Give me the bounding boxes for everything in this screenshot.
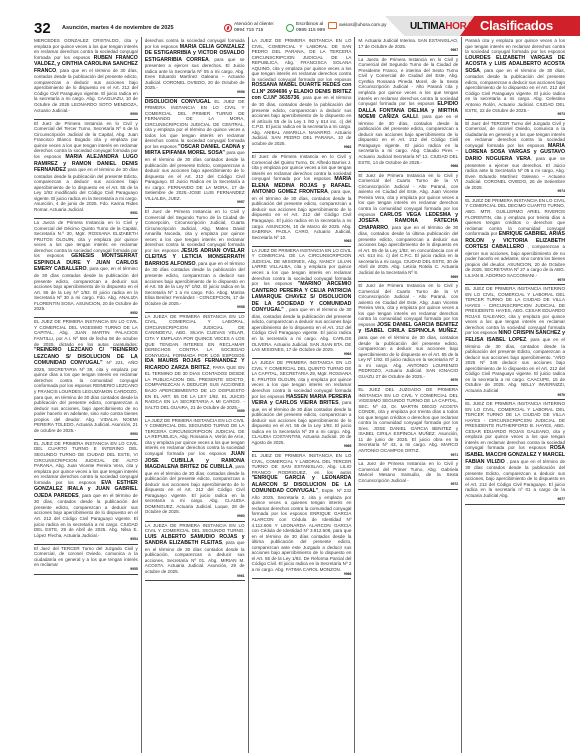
notice-reference: 9955 (34, 568, 138, 572)
ultimahora-logo: ULTIMAHORA (410, 21, 473, 32)
notice-reference: 9973 (465, 113, 565, 117)
phone-icon (224, 24, 232, 32)
notice-body: M. Actuaria Judicial Interina. SAN ESTAN… (358, 38, 458, 49)
notice-body: LA JUEZ DE PRIMERA INSTANCIA EN LO CIVIL… (252, 38, 352, 82)
classifieds-columns: MERCEDES GONZALEZ CRISTALDO, cita y empl… (34, 37, 568, 753)
notice-reference: 9951 (34, 212, 138, 216)
legal-notice: EL JUEZ DE PRIMERA INSTANCIA EN LO CIVIL… (34, 318, 138, 440)
legal-notice: LA JUEZA DE PRIMERA INSTANCIA EN LO CIVI… (145, 313, 245, 417)
notice-body-end: , para que en el término de 30 días, con… (465, 337, 565, 393)
notice-body-end: , para que, en el término de 30 días, co… (252, 189, 352, 239)
customer-service-label: Atención al cliente: (234, 22, 274, 27)
legal-notice: El Juez de Primera Instancia en lo Civil… (252, 153, 352, 247)
whatsapp-phone[interactable]: 0985 115 999 (296, 28, 325, 33)
notice-body-end: , PARA QUE EN EL TERMINO DE 30 DIAS CONT… (145, 365, 245, 410)
notice-reference: 9975 (465, 279, 565, 283)
notice-reference: 9974 (465, 190, 565, 194)
notice-body: EL JUEZ DEL JUZGADO DE PRIMERA INSTANCIA… (358, 387, 458, 453)
legal-notice: La Jueza de Primera Instancia en lo Civi… (34, 219, 138, 318)
notice-body: La Juez de Primera Instancia en lo Civil… (358, 461, 458, 483)
legal-notice: El Juez de Primera Instancia en lo Civil… (34, 120, 138, 219)
legal-notice: El Juez del TERCER Turno del Juzgado Civ… (34, 545, 138, 575)
notice-reference: 9962 (252, 146, 352, 150)
notice-reference: 9950 (34, 113, 138, 117)
notice-body-end: para que en el término de 30 días contad… (145, 150, 245, 200)
notice-reference: 9966 (252, 573, 352, 577)
notice-body: El Juez de Primera Instancia en lo Civil… (358, 173, 458, 217)
notice-body: EL JUEZ DE PRIMERA INSTANCIA EN LO CIVIL… (34, 441, 138, 485)
notice-body-end: , Expte. Nº 232 Año 2025, Secretaría 2, … (252, 488, 352, 572)
notice-reference: 9964 (252, 353, 352, 357)
column-1: MERCEDES GONZALEZ CRISTALDO, cita y empl… (34, 37, 141, 753)
notice-body-end: , para que en el término de 30 días, con… (252, 95, 352, 145)
notice-body-end: para que en el término de 30 días contad… (34, 167, 138, 212)
notice-reference: 9971 (358, 454, 458, 458)
legal-notice: LA JUEZA DE PRIMERA INSTANCIA EN LO CIVI… (145, 522, 245, 582)
notice-reference: 9960 (145, 515, 245, 519)
notice-reference: 9967 (358, 49, 458, 53)
legal-notice: Paraná cita y emplaza por quince veces a… (465, 37, 565, 120)
notice-body: LA JUEZA DE PRIMERA INSTANCIA EN LO CIVI… (145, 314, 245, 358)
notice-body: EL JUEZ DE PRIMERA INSTANCIA EN LO CIVIL… (145, 99, 245, 149)
customer-service-phone[interactable]: 0994 715 715 (234, 28, 263, 33)
notice-reference: 9968 (358, 165, 458, 169)
legal-notice: DISOLUCION CONYUGAL EL JUEZ DE PRIMERA I… (145, 98, 245, 208)
column-4: M. Actuaria Judicial Interina. SAN ESTAN… (354, 37, 461, 753)
section-title: Clasificados (480, 18, 553, 33)
page-header: 32 Asunción, martes 4 de noviembre de 20… (0, 0, 580, 36)
notice-body-end: , para que, en el término de 30 días con… (34, 266, 138, 311)
notice-reference: 9963 (252, 240, 352, 244)
legal-notice: La Juez de Primera Instancia en lo Civil… (358, 460, 458, 490)
notice-body-end: , para que en el término de 30 días, con… (145, 464, 245, 514)
column-3: LA JUEZ DE PRIMERA INSTANCIA EN LO CIVIL… (248, 37, 355, 753)
notice-reference: 9970 (358, 379, 458, 383)
notice-body-end: , para que, en el término de 30 días con… (252, 400, 352, 445)
legal-notice: EL JUEZ DE PRIMERA INSTANCIA EN LO CIVIL… (252, 452, 352, 579)
legal-notice: El Juez de Primera Instancia en lo Civil… (145, 208, 245, 313)
legal-notice: derechos contra la sociedad conyugal for… (145, 37, 245, 98)
email-contact[interactable]: avisos@uhora.com.py (328, 22, 387, 29)
notice-reference: 9977 (465, 498, 565, 502)
legal-notice: La Jueza de Primera Instancia en lo Civi… (358, 56, 458, 172)
notice-heading: DISOLUCION CONYUGAL (145, 99, 211, 105)
notice-body-end: , para que en el término de 30 días cont… (465, 459, 565, 498)
notice-body: EL JUEZ DE PRIMERA INSTANCIA INTERINO EN… (465, 401, 565, 450)
customer-service-contact[interactable]: Atención al cliente: 0994 715 715 (224, 22, 274, 33)
legal-notice: EL JUEZ DE PRIMERA INSTANCIA INTERINO EN… (465, 400, 565, 505)
notice-body-end: , para que en el término de 30 días, con… (252, 307, 352, 352)
notice-body: Paraná cita y emplaza por quince veces a… (465, 38, 565, 54)
notice-body: El Juez del TERCER Turno del Juzgado Civ… (34, 546, 138, 568)
legal-notice: M. Actuaria Judicial Interina. SAN ESTAN… (358, 37, 458, 56)
legal-notice: LA JUEZ DE PRIMERA INSTANCIA EN LO CIVIL… (252, 37, 352, 153)
legal-notice: EL JUEZ DE PRIMERA INSTANCIA INTERINO EN… (465, 285, 565, 400)
notice-reference: 9959 (145, 410, 245, 414)
legal-notice: EL JUEZ DE PRIMERA INSTANCIA EN LO CIVIL… (465, 197, 565, 285)
legal-notice: El Juez de Primera Instancia en lo Civil… (358, 172, 458, 282)
notice-body: El Juez de Primera Instancia en lo Civil… (358, 283, 458, 327)
notice-body-end: , para que en el término de 30 días, con… (34, 493, 138, 538)
notice-reference: 9953 (34, 433, 138, 437)
legal-notice: LA JUEZA DE PRIMERA INSTANCIA EN LO CIVI… (252, 359, 352, 452)
legal-notice: MERCEDES GONZALEZ CRISTALDO, cita y empl… (34, 37, 138, 120)
envelope-icon (328, 22, 337, 29)
notice-body: EL JUEZ DE PRIMERA INSTANCIA INTERINO EN… (465, 286, 565, 335)
column-5: Paraná cita y emplaza por quince veces a… (461, 37, 568, 753)
notice-body: EL JUEZ DE PRIMERA INSTANCIA EN LO CIVIL… (252, 453, 352, 475)
legal-notice: LA JUEZ DE PRIMERA INSTANCIA EN LO CIVIL… (252, 247, 352, 359)
legal-notice: EL JUEZ DE PRIMERA INSTANCIA EN LO CIVIL… (34, 440, 138, 545)
notice-body-end: , para que en el término de 30 días, con… (358, 114, 458, 164)
notice-reference: 9957 (145, 201, 245, 205)
whatsapp-icon (286, 24, 294, 32)
whatsapp-label: Escribinos al (296, 22, 323, 27)
notice-body: LA JUEZA DE PRIMERA INSTANCIA EN LO CIVI… (145, 523, 245, 534)
notice-reference: 9952 (34, 312, 138, 316)
notice-body-end: , para que en el término de 30 días cont… (145, 261, 245, 306)
notice-reference: 9961 (145, 575, 245, 579)
legal-notice: El Juez de Primera Instancia en lo Civil… (358, 282, 458, 386)
legal-notice: LA JUEZ DE PRIMERA INSTANCIA EN LO CIVIL… (145, 417, 245, 522)
notice-body-end: , para que en el término de 30 días, con… (34, 68, 138, 113)
notice-reference: 9954 (34, 538, 138, 542)
legal-notice: EL JUEZ DEL JUZGADO DE PRIMERA INSTANCIA… (358, 386, 458, 460)
notice-reference: 9972 (358, 483, 458, 487)
notice-body-end: Nº 221, AÑO 2025, SECRETARIA Nº 39, cita… (34, 360, 138, 433)
notice-reference: 9976 (465, 394, 565, 398)
notice-body: El Juez de Primera Instancia en lo Civil… (145, 209, 245, 253)
notice-reference: 9956 (145, 91, 245, 95)
notice-body-end: , para que en el término de 30 días, con… (358, 225, 458, 275)
notice-reference: 9958 (145, 306, 245, 310)
notice-body: EL JUEZ DE PRIMERA INSTANCIA EN LO CIVIL… (34, 319, 138, 346)
page-number: 32 (34, 20, 51, 37)
notice-body-end: , para que en el término de 30 días, con… (358, 328, 458, 378)
notice-reference: 9969 (358, 276, 458, 280)
notice-reference: 9965 (252, 445, 352, 449)
email-address[interactable]: avisos@uhora.com.py (339, 23, 387, 29)
whatsapp-contact[interactable]: Escribinos al 0985 115 999 (286, 22, 325, 33)
legal-notice: El Juez del TERCER Turno del Juzgado Civ… (465, 120, 565, 197)
page-date: Asunción, martes 4 de noviembre de 2025 (62, 25, 174, 31)
column-2: derechos contra la sociedad conyugal for… (141, 37, 248, 753)
notice-body-end: , para que en el término de 30 días, con… (465, 68, 565, 113)
notice-body: La Jueza de Primera Instancia en lo Civi… (358, 57, 458, 106)
